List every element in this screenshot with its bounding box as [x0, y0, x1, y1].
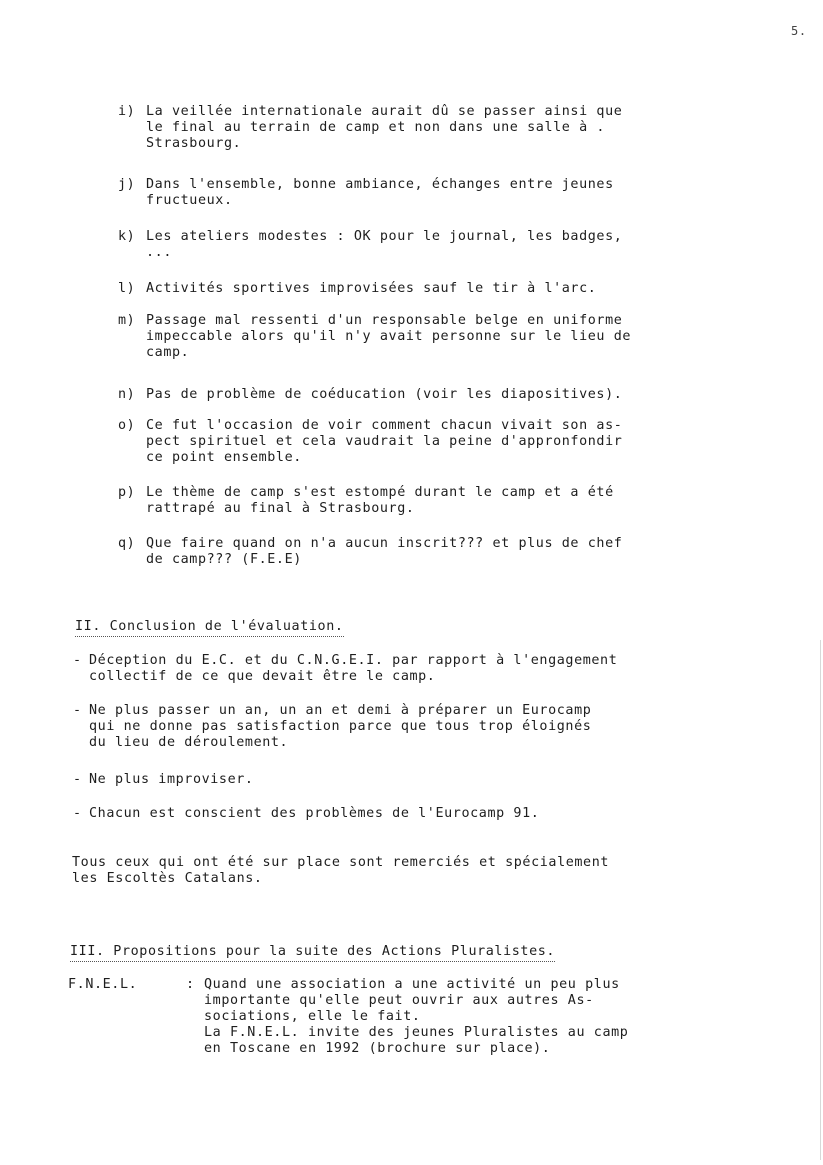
bullet-line: Déception du E.C. et du C.N.G.E.I. par r… [89, 653, 723, 669]
item-line: Ce fut l'occasion de voir comment chacun… [146, 418, 718, 434]
thanks-paragraph: Tous ceux qui ont été sur place sont rem… [72, 855, 722, 887]
item-label: o) [118, 418, 144, 434]
item-line: Strasbourg. [146, 136, 718, 152]
conclusion-bullet: - Chacun est conscient des problèmes de … [73, 806, 723, 822]
item-line: Pas de problème de coéducation (voir les… [146, 387, 718, 403]
list-item-q: q) Que faire quand on n'a aucun inscrit?… [118, 536, 718, 568]
page-edge [820, 640, 821, 1160]
item-line: La veillée internationale aurait dû se p… [146, 104, 718, 120]
item-line: fructueux. [146, 193, 718, 209]
item-line: de camp??? (F.E.E) [146, 552, 718, 568]
para-line: Tous ceux qui ont été sur place sont rem… [72, 855, 722, 871]
item-line: ... [146, 245, 718, 261]
conclusion-bullet: - Déception du E.C. et du C.N.G.E.I. par… [73, 653, 723, 685]
bullet-line: du lieu de déroulement. [89, 735, 723, 751]
item-line: rattrapé au final à Strasbourg. [146, 501, 718, 517]
item-line: Dans l'ensemble, bonne ambiance, échange… [146, 177, 718, 193]
list-item-j: j) Dans l'ensemble, bonne ambiance, écha… [118, 177, 718, 209]
item-label: k) [118, 229, 144, 245]
list-item-n: n) Pas de problème de coéducation (voir … [118, 387, 718, 403]
para-line: les Escoltès Catalans. [72, 871, 722, 887]
page-number: 5. [791, 24, 807, 38]
item-line: impeccable alors qu'il n'y avait personn… [146, 329, 718, 345]
item-label: n) [118, 387, 144, 403]
prop-line: en Toscane en 1992 (brochure sur place). [204, 1041, 728, 1057]
item-line: Le thème de camp s'est estompé durant le… [146, 485, 718, 501]
list-item-k: k) Les ateliers modestes : OK pour le jo… [118, 229, 718, 261]
item-label: q) [118, 536, 144, 552]
item-label: p) [118, 485, 144, 501]
dash: - [73, 772, 82, 788]
prop-line: Quand une association a une activité un … [204, 977, 728, 993]
proposition-entry-fnel: F.N.E.L. : Quand une association a une a… [68, 977, 728, 1057]
section-heading-propositions: III. Propositions pour la suite des Acti… [70, 943, 555, 962]
item-line: Les ateliers modestes : OK pour le journ… [146, 229, 718, 245]
list-item-o: o) Ce fut l'occasion de voir comment cha… [118, 418, 718, 466]
list-item-m: m) Passage mal ressenti d'un responsable… [118, 313, 718, 361]
dash: - [73, 806, 82, 822]
bullet-line: Ne plus passer un an, un an et demi à pr… [89, 703, 723, 719]
org-name: F.N.E.L. [68, 977, 137, 993]
conclusion-bullet: - Ne plus passer un an, un an et demi à … [73, 703, 723, 751]
item-line: pect spirituel et cela vaudrait la peine… [146, 434, 718, 450]
item-label: j) [118, 177, 144, 193]
prop-line: importante qu'elle peut ouvrir aux autre… [204, 993, 728, 1009]
item-label: i) [118, 104, 144, 120]
item-label: l) [118, 281, 144, 297]
list-item-p: p) Le thème de camp s'est estompé durant… [118, 485, 718, 517]
dash: - [73, 653, 82, 669]
colon: : [186, 977, 195, 993]
conclusion-bullet: - Ne plus improviser. [73, 772, 723, 788]
prop-line: La F.N.E.L. invite des jeunes Pluraliste… [204, 1025, 728, 1041]
item-line: le final au terrain de camp et non dans … [146, 120, 718, 136]
item-line: ce point ensemble. [146, 450, 718, 466]
bullet-line: collectif de ce que devait être le camp. [89, 669, 723, 685]
item-line: Passage mal ressenti d'un responsable be… [146, 313, 718, 329]
dash: - [73, 703, 82, 719]
list-item-i: i) La veillée internationale aurait dû s… [118, 104, 718, 152]
item-label: m) [118, 313, 144, 329]
bullet-line: qui ne donne pas satisfaction parce que … [89, 719, 723, 735]
item-line: camp. [146, 345, 718, 361]
list-item-l: l) Activités sportives improvisées sauf … [118, 281, 718, 297]
item-line: Activités sportives improvisées sauf le … [146, 281, 718, 297]
section-heading-conclusion: II. Conclusion de l'évaluation. [75, 618, 344, 637]
bullet-line: Ne plus improviser. [89, 772, 723, 788]
prop-line: sociations, elle le fait. [204, 1009, 728, 1025]
item-line: Que faire quand on n'a aucun inscrit??? … [146, 536, 718, 552]
bullet-line: Chacun est conscient des problèmes de l'… [89, 806, 723, 822]
